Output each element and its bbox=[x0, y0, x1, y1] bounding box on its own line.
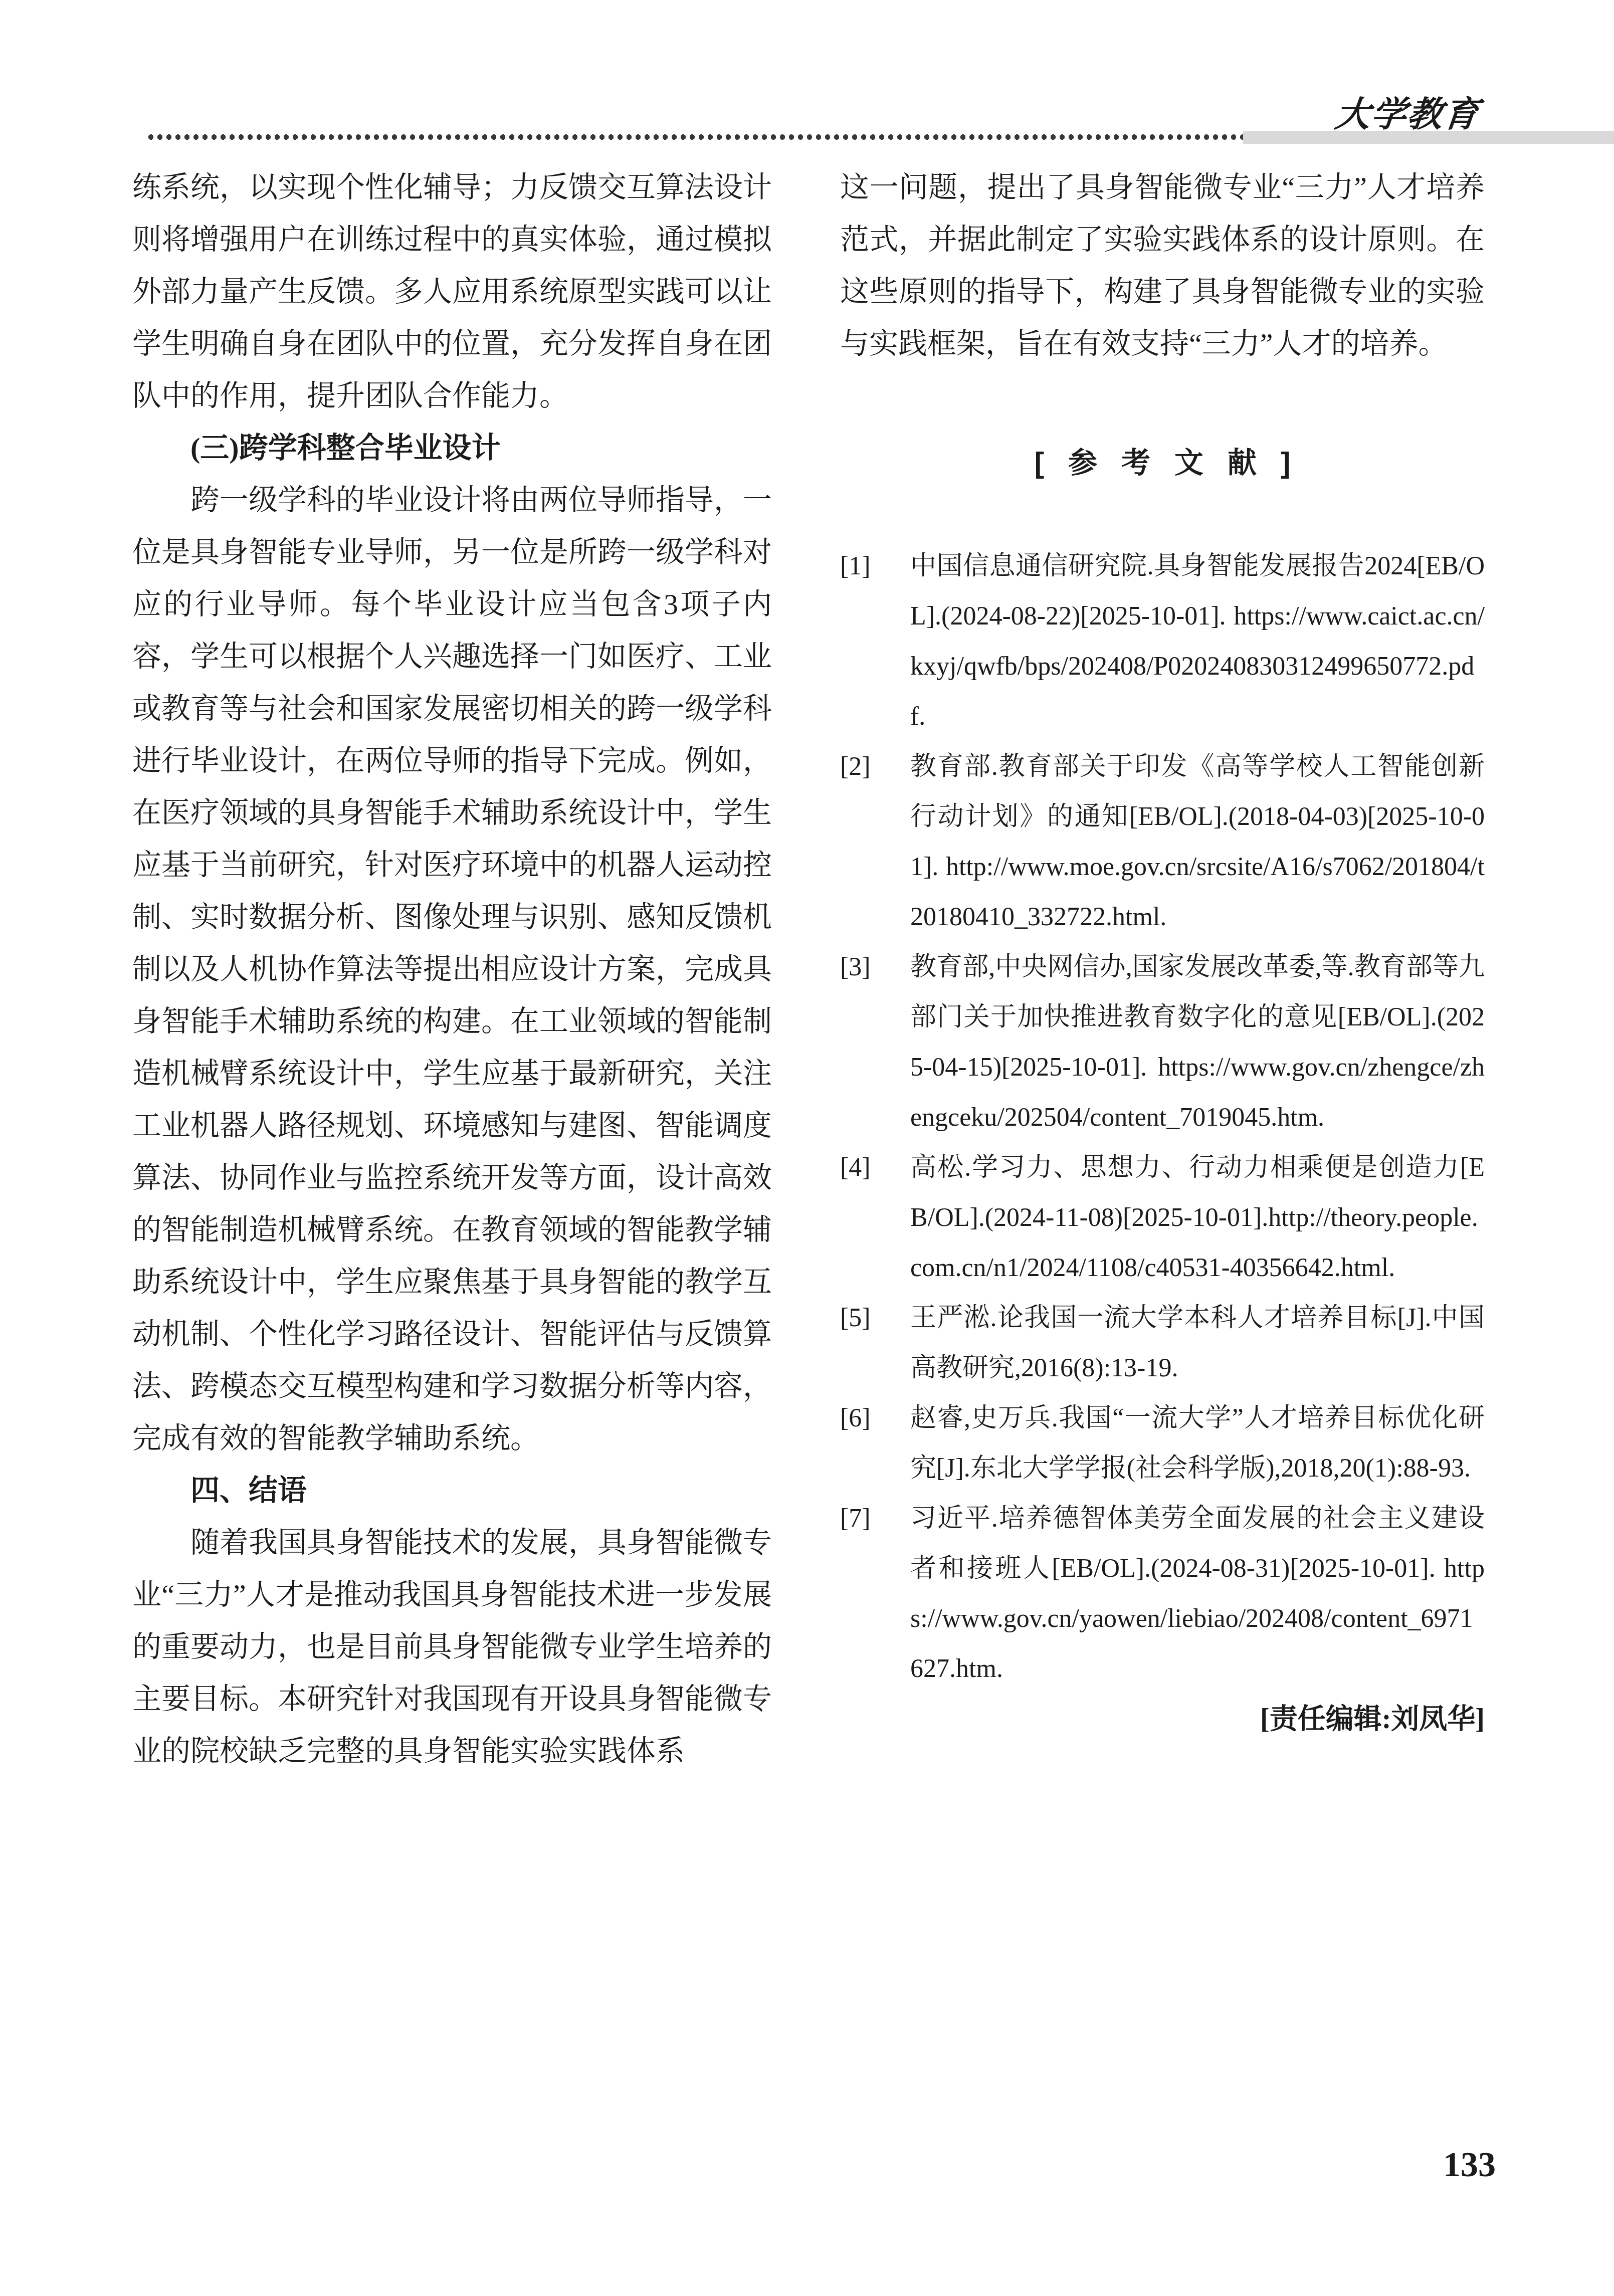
left-column: 练系统，以实现个性化辅导；力反馈交互算法设计则将增强用户在训练过程中的真实体验，… bbox=[132, 161, 772, 1777]
reference-label: [3] bbox=[840, 942, 871, 992]
reference-item: [6] 赵睿,史万兵.我国“一流大学”人才培养目标优化研究[J].东北大学学报(… bbox=[840, 1393, 1485, 1494]
references-title: [ 参 考 文 献 ] bbox=[840, 437, 1485, 489]
continued-paragraph: 这一问题，提出了具身智能微专业“三力”人才培养范式，并据此制定了实验实践体系的设… bbox=[840, 161, 1485, 370]
reference-item: [7] 习近平.培养德智体美劳全面发展的社会主义建设者和接班人[EB/OL].(… bbox=[840, 1494, 1485, 1694]
graduation-design-paragraph: 跨一级学科的毕业设计将由两位导师指导，一位是具身智能专业导师，另一位是所跨一级学… bbox=[132, 474, 772, 1465]
reference-text: 王严淞.论我国一流大学本科人才培养目标[J].中国高教研究,2016(8):13… bbox=[910, 1304, 1485, 1382]
journal-page: 大学教育 练系统，以实现个性化辅导；力反馈交互算法设计则将增强用户在训练过程中的… bbox=[0, 0, 1614, 2296]
reference-item: [5] 王严淞.论我国一流大学本科人才培养目标[J].中国高教研究,2016(8… bbox=[840, 1293, 1485, 1393]
section-heading-graduation-design: (三)跨学科整合毕业设计 bbox=[132, 422, 772, 474]
reference-label: [1] bbox=[840, 541, 871, 591]
journal-logo: 大学教育 bbox=[1333, 86, 1483, 137]
reference-label: [2] bbox=[840, 742, 871, 792]
reference-text: 赵睿,史万兵.我国“一流大学”人才培养目标优化研究[J].东北大学学报(社会科学… bbox=[910, 1404, 1485, 1483]
reference-text: 中国信息通信研究院.具身智能发展报告2024[EB/OL].(2024-08-2… bbox=[910, 552, 1485, 731]
continued-paragraph: 练系统，以实现个性化辅导；力反馈交互算法设计则将增强用户在训练过程中的真实体验，… bbox=[132, 161, 772, 422]
reference-item: [4] 高松.学习力、思想力、行动力相乘便是创造力[EB/OL].(2024-1… bbox=[840, 1143, 1485, 1293]
editor-note: [责任编辑:刘凤华] bbox=[840, 1694, 1485, 1744]
reference-label: [5] bbox=[840, 1293, 871, 1343]
reference-text: 教育部.教育部关于印发《高等学校人工智能创新行动计划》的通知[EB/OL].(2… bbox=[910, 752, 1485, 931]
reference-item: [2] 教育部.教育部关于印发《高等学校人工智能创新行动计划》的通知[EB/OL… bbox=[840, 742, 1485, 942]
reference-text: 习近平.培养德智体美劳全面发展的社会主义建设者和接班人[EB/OL].(2024… bbox=[910, 1504, 1485, 1683]
header-dotted-rule bbox=[146, 133, 1243, 141]
reference-item: [1] 中国信息通信研究院.具身智能发展报告2024[EB/OL].(2024-… bbox=[840, 541, 1485, 742]
page-number: 133 bbox=[1443, 2145, 1496, 2185]
reference-text: 高松.学习力、思想力、行动力相乘便是创造力[EB/OL].(2024-11-08… bbox=[910, 1153, 1485, 1282]
references-list: [1] 中国信息通信研究院.具身智能发展报告2024[EB/OL].(2024-… bbox=[840, 541, 1485, 1694]
header-gray-bar bbox=[1243, 131, 1614, 144]
reference-label: [7] bbox=[840, 1494, 871, 1544]
reference-label: [4] bbox=[840, 1143, 871, 1193]
reference-item: [3] 教育部,中央网信办,国家发展改革委,等.教育部等九部门关于加快推进教育数… bbox=[840, 942, 1485, 1143]
reference-text: 教育部,中央网信办,国家发展改革委,等.教育部等九部门关于加快推进教育数字化的意… bbox=[910, 953, 1485, 1132]
conclusion-heading: 四、结语 bbox=[132, 1465, 772, 1517]
reference-label: [6] bbox=[840, 1393, 871, 1443]
right-column: 这一问题，提出了具身智能微专业“三力”人才培养范式，并据此制定了实验实践体系的设… bbox=[840, 161, 1485, 1744]
conclusion-paragraph: 随着我国具身智能技术的发展，具身智能微专业“三力”人才是推动我国具身智能技术进一… bbox=[132, 1517, 772, 1777]
